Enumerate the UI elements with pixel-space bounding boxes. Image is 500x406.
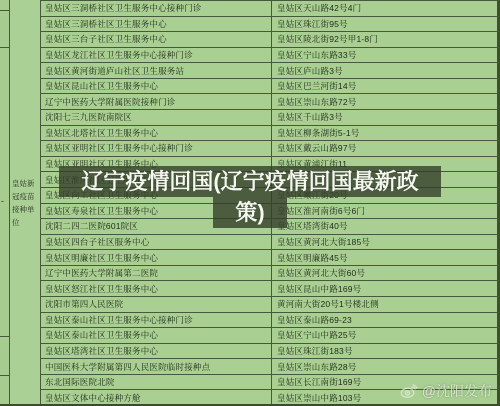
table-row: 沈阳二四二医院601院区 皇姑区塔湾街40号: [41, 219, 500, 235]
unit-address-cell: 皇姑区崇山东路72号: [272, 94, 500, 109]
table-row: 皇姑区龙江社区卫生服务中心接种门诊 皇姑区宁山东路33号: [41, 48, 500, 64]
unit-address-cell: 皇姑区宁山东路33号: [272, 48, 500, 63]
unit-address-cell: 皇姑区天山路42号4门: [272, 1, 500, 16]
table-row: 皇姑区塔湾社区卫生服务中心 皇姑区珠江街183号: [41, 344, 500, 360]
table-row: 皇姑区泰山社区卫生服务中心 皇姑区宁山中路25号: [41, 328, 500, 344]
table-row: 皇姑区亚明社区卫生服务中心接种门诊 皇姑区戴云山路97号: [41, 141, 500, 157]
unit-address-cell: 皇姑区嫩江街20号: [272, 188, 500, 203]
unit-name-cell: 沈阳市第四人民医院: [41, 297, 272, 312]
unit-name-cell: 皇姑区怒江社区卫生服务中心: [41, 281, 272, 296]
unit-name-cell: 皇姑区亚明社区卫生服务中心: [41, 157, 272, 172]
unit-address-cell: 皇姑区黄河北大街185号: [272, 235, 500, 250]
unit-name-cell: 皇姑区塔湾社区卫生服务中心: [41, 344, 272, 359]
unit-address-cell: 皇姑区昆山中路169号: [272, 281, 500, 296]
unit-name-cell: 皇姑区泰山社区卫生服务中心: [41, 328, 272, 343]
table-row: 皇姑区三洞桥社区卫生服务中心 皇姑区珠江街95号: [41, 17, 500, 33]
unit-name-cell: 皇姑区文体中心接种方舱: [41, 390, 272, 405]
watermark-handle: @沈阳发布: [422, 381, 492, 401]
unit-name-cell: 皇姑区龙江社区卫生服务中心接种门诊: [41, 48, 272, 63]
unit-address-cell: 皇姑区宁山中路25号: [272, 328, 500, 343]
table-row: 皇姑区亚明社区卫生服务中心 皇姑区黄浦江街11: [41, 157, 500, 173]
unit-address-cell: 黄河南大街20号1号楼北侧: [272, 297, 500, 312]
table-row: 辽宁中医药大学附属第二医院 皇姑区黄河北大街60号: [41, 266, 500, 282]
table-row: 皇姑区昆山社区卫生服务中心 皇姑区巴兰河街14号: [41, 79, 500, 95]
unit-name-cell: 皇姑区黄河街道庐山社区卫生服务站: [41, 63, 272, 78]
table-row: 沈阳市第四人民医院 黄河南大街20号1号楼北侧: [41, 297, 500, 313]
table-row: 皇姑区四台子社区服务中心 皇姑区黄河北大街185号: [41, 235, 500, 251]
table-row: 皇姑区北塔社区卫生服务中心 皇姑区柳条湖街5-1号: [41, 126, 500, 142]
table-row: 皇姑区三台子社区卫生服务中心 皇姑区陵北街92号甲1-8门: [41, 32, 500, 48]
table-row: 辽宁中医药大学附属医院接种门诊 皇姑区崇山东路72号: [41, 94, 500, 110]
table-row: 皇姑区怒江社区卫生服务中心 皇姑区昆山中路169号: [41, 281, 500, 297]
unit-name-cell: 皇姑区明廉社区卫生服务中心: [41, 250, 272, 265]
grid-line: [0, 375, 9, 376]
unit-name-cell: 皇姑区向工社区卫生服务中心: [41, 188, 272, 203]
unit-address-cell: 皇姑区珠江街95号: [272, 17, 500, 32]
unit-address-cell: 皇姑区巴兰河街14号: [272, 79, 500, 94]
unit-address-cell: 皇姑区柳条湖街5-1号: [272, 126, 500, 141]
unit-address-cell: 皇姑区黄浦江街11: [272, 157, 500, 172]
unit-name-cell: 中国医科大学附属第四人民医院临时接种点: [41, 359, 272, 374]
unit-address-cell: 皇姑区淮河南街6号6门: [272, 204, 500, 219]
unit-name-cell: 皇姑区淮河社区卫生服务中心: [41, 172, 272, 187]
unit-address-cell: 皇姑区明廉路45号: [272, 250, 500, 265]
unit-address-cell: 皇姑区千山路3号: [272, 110, 500, 125]
table-row: 皇姑区明廉社区卫生服务中心 皇姑区明廉路45号: [41, 250, 500, 266]
table-row: 皇姑区黄河街道庐山社区卫生服务站 皇姑区庐山路3号: [41, 63, 500, 79]
unit-name-cell: 皇姑区泰山社区卫生服务中心接种门诊: [41, 313, 272, 328]
unit-address-cell: 皇姑区庐山路3号: [272, 63, 500, 78]
unit-name-cell: 东北国际医院北院: [41, 375, 272, 390]
table-row: 皇姑区淮河社区卫生服务中心: [41, 172, 500, 188]
unit-address-cell: 皇姑区黄河北大街60号: [272, 266, 500, 281]
unit-address-cell: 皇姑区珠江街183号: [272, 344, 500, 359]
unit-name-cell: 皇姑区寿泉社区卫生服务中心: [41, 204, 272, 219]
unit-address-cell: 皇姑区塔湾街40号: [272, 219, 500, 234]
unit-name-cell: 皇姑区亚明社区卫生服务中心接种门诊: [41, 141, 272, 156]
unit-name-cell: 沈阳七三九医院南院区: [41, 110, 272, 125]
grid-line: [0, 47, 9, 48]
unit-name-cell: 皇姑区三台子社区卫生服务中心: [41, 32, 272, 47]
unit-address-cell: 皇姑区泰山路69-23: [272, 313, 500, 328]
unit-name-cell: 沈阳二四二医院601院区: [41, 219, 272, 234]
cutoff-text-fragment: -: [1, 197, 4, 206]
unit-name-cell: 辽宁中医药大学附属医院接种门诊: [41, 94, 272, 109]
table-row: 中国医科大学附属第四人民医院临时接种点 皇姑区崇山东路28号: [41, 359, 500, 375]
unit-name-cell: 皇姑区四台子社区服务中心: [41, 235, 272, 250]
watermark: @沈阳发布: [400, 381, 492, 401]
unit-name-cell: 辽宁中医药大学附属第二医院: [41, 266, 272, 281]
table-row: 皇姑区寿泉社区卫生服务中心 皇姑区淮河南街6号6门: [41, 204, 500, 220]
table-row: 沈阳七三九医院南院区 皇姑区千山路3号: [41, 110, 500, 126]
unit-address-cell: 皇姑区戴云山路97号: [272, 141, 500, 156]
left-edge-column: -: [0, 0, 10, 406]
table-row: 皇姑区向工社区卫生服务中心 皇姑区嫩江街20号: [41, 188, 500, 204]
unit-address-cell: 皇姑区崇山东路28号: [272, 359, 500, 374]
table-row: 皇姑区三洞桥社区卫生服务中心接种门诊 皇姑区天山路42号4门: [41, 1, 500, 17]
unit-name-cell: 皇姑区北塔社区卫生服务中心: [41, 126, 272, 141]
units-table-body: 皇姑区三洞桥社区卫生服务中心接种门诊 皇姑区天山路42号4门 皇姑区三洞桥社区卫…: [41, 0, 500, 406]
grid-line: [0, 336, 9, 337]
unit-name-cell: 皇姑区三洞桥社区卫生服务中心: [41, 17, 272, 32]
sidebar-merged-cell: 皇姑新冠疫苗接种单位: [10, 0, 41, 406]
sidebar-label: 皇姑新冠疫苗接种单位: [10, 177, 40, 229]
weibo-icon: [400, 384, 418, 399]
unit-name-cell: 皇姑区三洞桥社区卫生服务中心接种门诊: [41, 1, 272, 16]
grid-line: [0, 10, 9, 11]
unit-address-cell: 皇姑区陵北街92号甲1-8门: [272, 32, 500, 47]
unit-name-cell: 皇姑区昆山社区卫生服务中心: [41, 79, 272, 94]
vaccination-table-screenshot: - 皇姑新冠疫苗接种单位 皇姑区三洞桥社区卫生服务中心接种门诊 皇姑区天山路42…: [0, 0, 500, 406]
table-row: 皇姑区泰山社区卫生服务中心接种门诊 皇姑区泰山路69-23: [41, 313, 500, 329]
unit-address-cell: [272, 172, 500, 187]
